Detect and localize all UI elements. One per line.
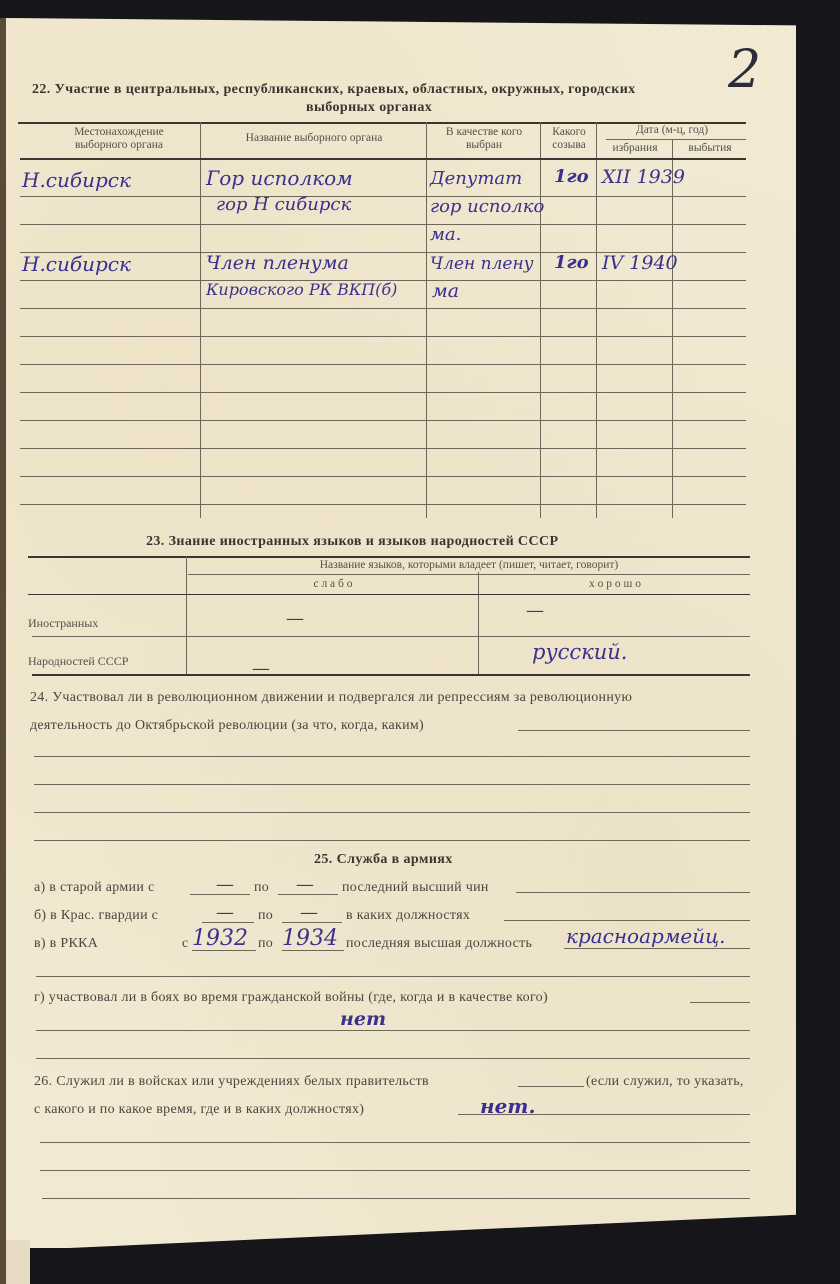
header-body-name: Название выборного органа — [202, 132, 426, 144]
cell-weak: — — [286, 608, 304, 629]
page-number: 2 — [728, 40, 761, 100]
old-army-label: а) в старой армии с — [34, 880, 154, 896]
section24-question: 24. Участвовал ли в революционном движен… — [30, 690, 632, 706]
rkka-s-label: с — [182, 936, 189, 952]
cell-body-name: Член пленума — [206, 252, 349, 274]
section26-answer[interactable]: нет. — [480, 1094, 535, 1118]
old-army-rank-label: последний высший чин — [342, 880, 489, 896]
rkka-position-value[interactable]: красноармейц. — [566, 924, 725, 948]
binding-edge — [0, 18, 6, 1284]
rkka-from[interactable]: 1932 — [192, 926, 248, 951]
header-role: В качестве кого выбран — [428, 126, 540, 152]
header-convocation: Какого созыва — [542, 126, 596, 152]
section26-question-cont: с какого и по какое время, где и в каких… — [34, 1102, 364, 1118]
form-page: 2 22. Участие в центральных, республикан… — [6, 18, 796, 1248]
header-left: выбытия — [674, 142, 746, 154]
cell-role: Член плену — [430, 254, 534, 274]
cell-convocation: 1го — [554, 166, 589, 187]
cell-body-name-cont: Кировского РК ВКП(б) — [206, 280, 397, 299]
po-label: по — [254, 880, 269, 896]
header-good: х о р о ш о — [480, 578, 750, 590]
header-date-group: Дата (м-ц, год) — [598, 124, 746, 136]
cell-location: Н.сибирск — [22, 252, 131, 276]
cell-role-cont2: ма. — [430, 224, 461, 245]
cell-location: Н.сибирск — [22, 168, 131, 192]
cell-elected: IV 1940 — [602, 252, 678, 274]
archive-tab — [6, 1240, 30, 1284]
row-label: Иностранных — [28, 616, 98, 631]
section23-title: 23. Знание иностранных языков и языков н… — [146, 534, 558, 550]
civil-war-question: г) участвовал ли в боях во время граждан… — [34, 990, 548, 1006]
cell-role-cont: ма — [432, 280, 459, 302]
section22-title: 22. Участие в центральных, республиканск… — [32, 82, 636, 98]
section22-title-cont: выборных органах — [306, 100, 432, 116]
red-guard-label: б) в Крас. гвардии с — [34, 908, 158, 924]
cell-body-name: Гор исполком — [206, 166, 353, 190]
rkka-to[interactable]: 1934 — [282, 926, 338, 951]
cell-body-name-cont: гор Н сибирск — [216, 194, 351, 215]
cell-role: Депутат — [430, 168, 522, 189]
po-label: по — [258, 908, 273, 924]
rkka-label: в) в РККА — [34, 936, 98, 952]
section24-question-cont: деятельность до Октябрьской революции (з… — [30, 718, 424, 734]
section26-question-tail: (если служил, то указать, — [586, 1074, 744, 1090]
rkka-position-label: последняя высшая должность — [346, 936, 532, 952]
header-languages: Название языков, которыми владеет (пишет… — [188, 559, 750, 571]
section25-title: 25. Служба в армиях — [314, 852, 453, 868]
cell-convocation: 1го — [554, 252, 589, 273]
old-army-to[interactable]: — — [296, 874, 314, 895]
header-elected: избрания — [598, 142, 672, 154]
old-army-from[interactable]: — — [216, 874, 234, 895]
cell-elected: XII 1939 — [602, 166, 685, 188]
row-label: Народностей СССР — [28, 654, 128, 669]
cell-role-cont: гор исполко — [430, 196, 544, 217]
header-location: Местонахождение выборного органа — [54, 126, 184, 152]
header-weak: с л а б о — [188, 578, 478, 590]
section26-question: 26. Служил ли в войсках или учреждениях … — [34, 1074, 429, 1090]
red-guard-from[interactable]: — — [216, 902, 234, 923]
red-guard-positions-label: в каких должностях — [346, 908, 470, 924]
civil-war-answer[interactable]: нет — [340, 1008, 386, 1030]
cell-good: — — [526, 600, 544, 621]
red-guard-to[interactable]: — — [300, 902, 318, 923]
po-label: по — [258, 936, 273, 952]
cell-good: русский. — [532, 640, 627, 664]
